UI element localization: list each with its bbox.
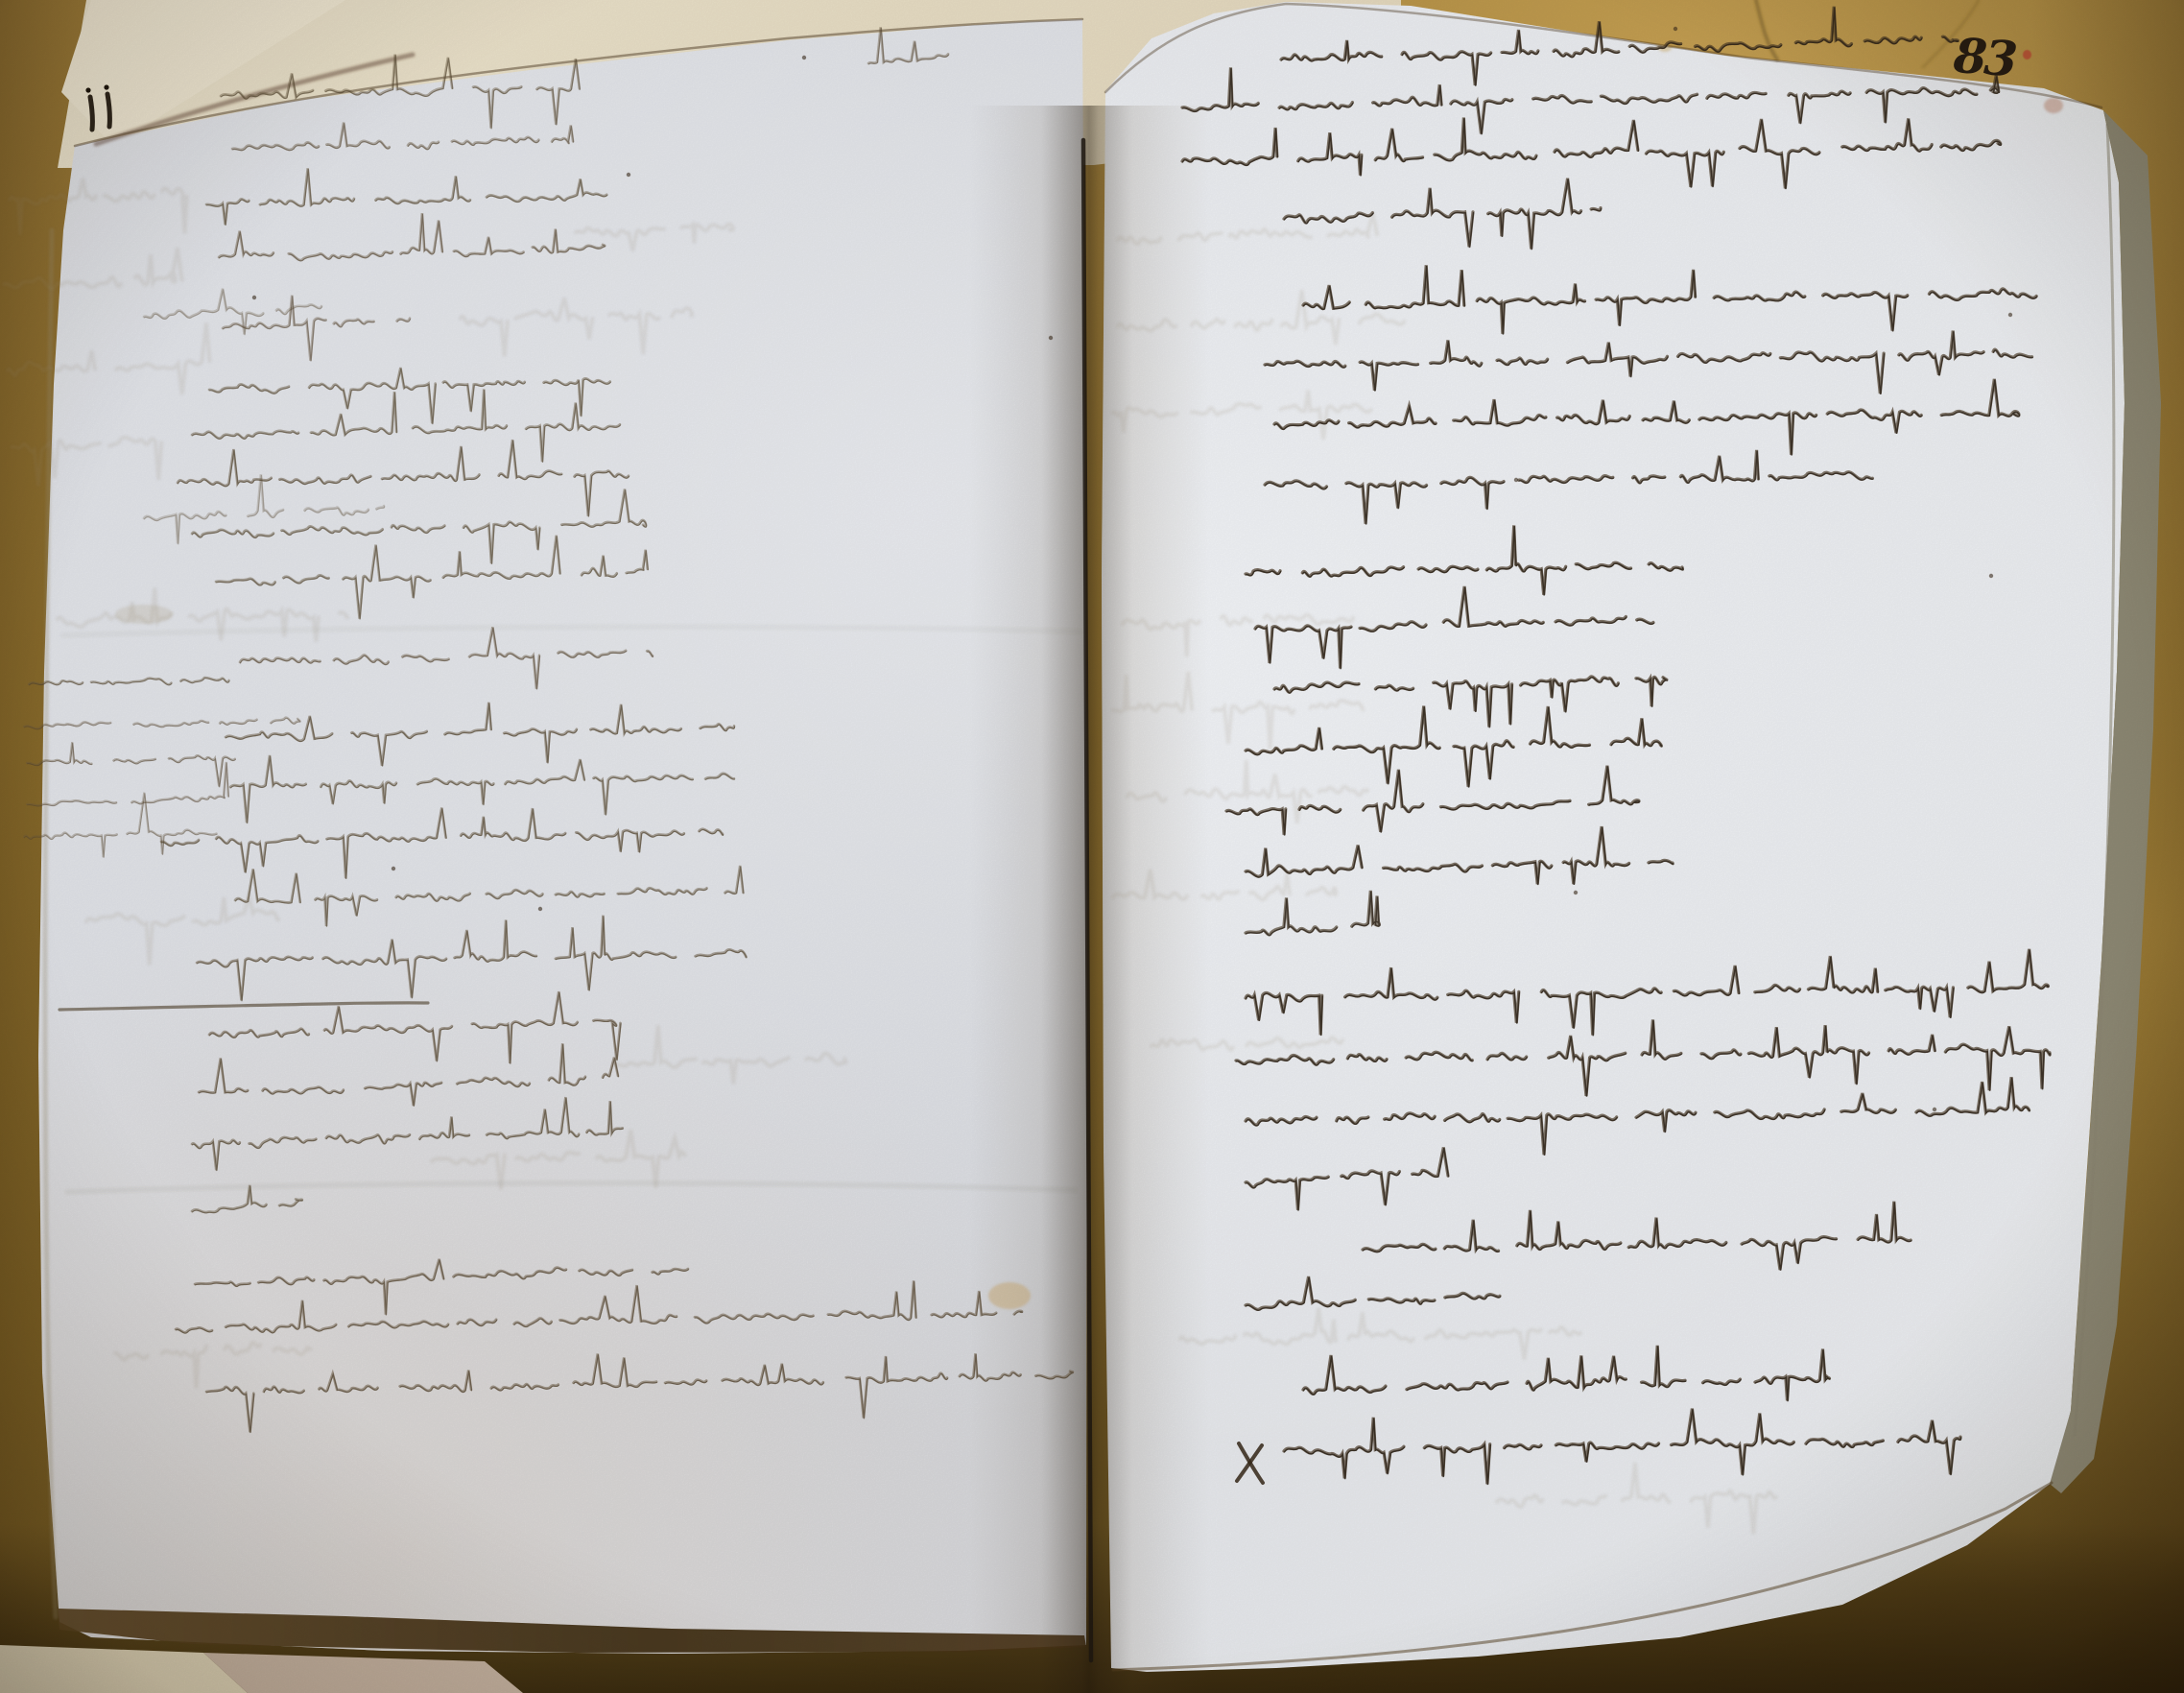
- folio-number: 83: [1952, 27, 2017, 87]
- manuscript-photo: 83: [0, 0, 2184, 1693]
- paper-grain: [0, 0, 2184, 1693]
- ink-layer: [0, 0, 2184, 1693]
- red-ink-dot: [2023, 50, 2031, 60]
